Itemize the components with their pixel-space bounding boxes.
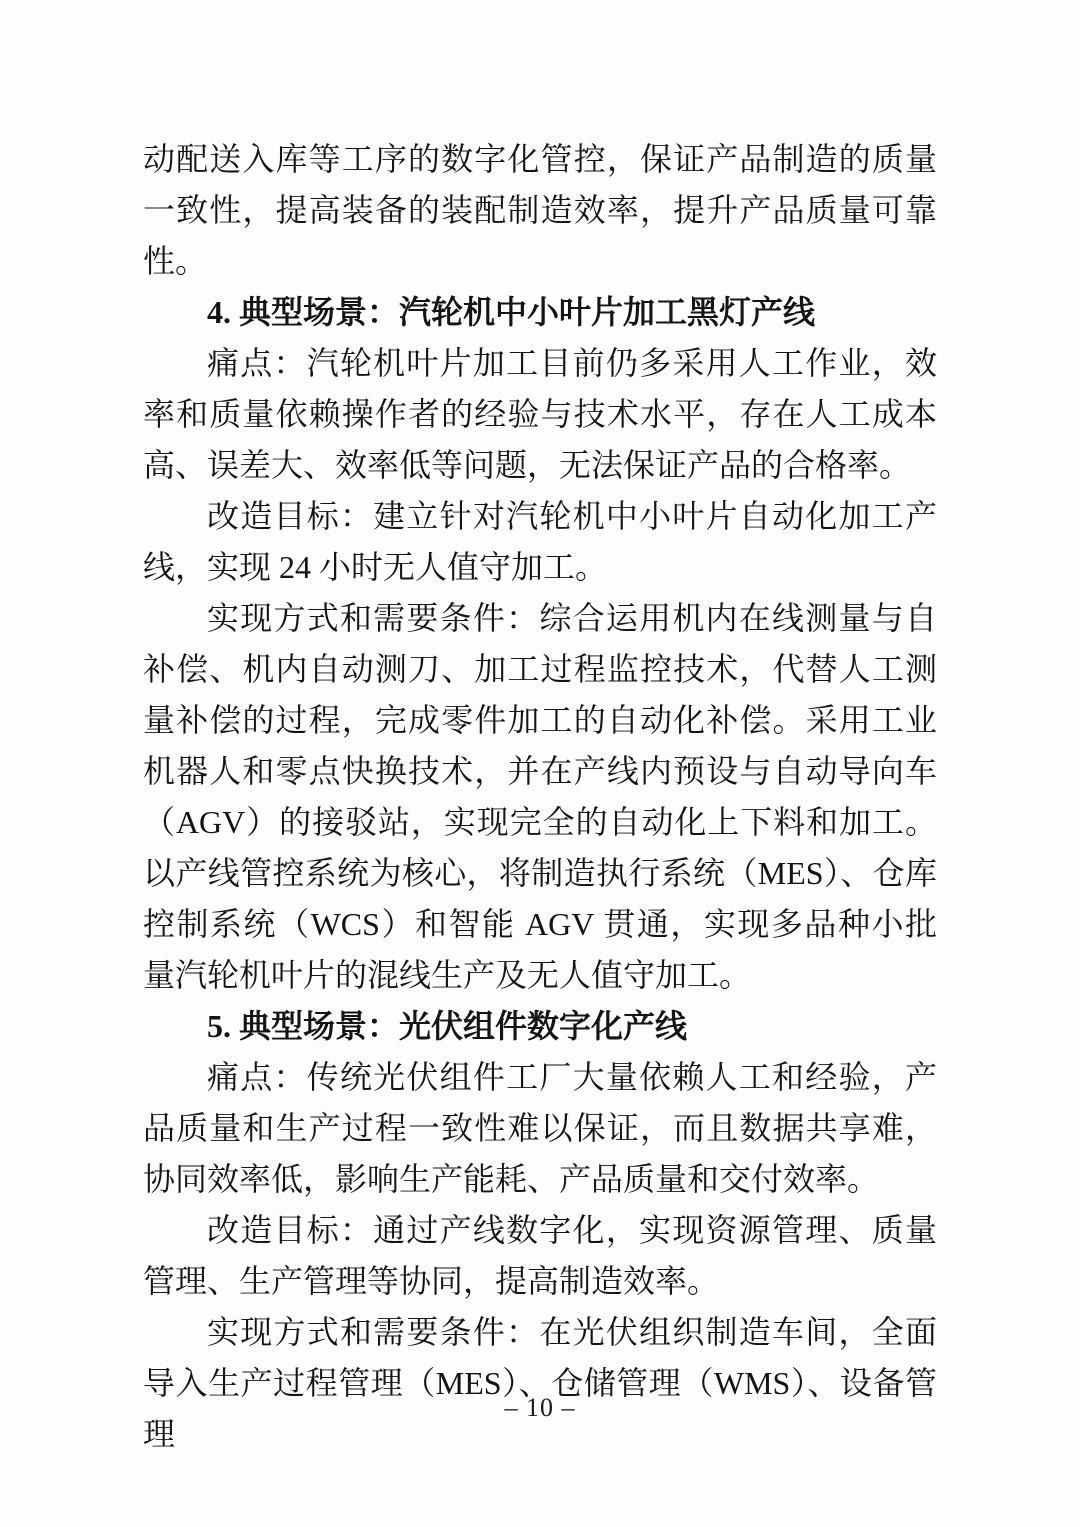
paragraph: 实现方式和需要条件：综合运用机内在线测量与自补偿、机内自动测刀、加工过程监控技术… (143, 593, 937, 1001)
section-heading: 5. 典型场景：光伏组件数字化产线 (143, 1001, 937, 1052)
paragraph: 痛点：传统光伏组件工厂大量依赖人工和经验，产品质量和生产过程一致性难以保证，而且… (143, 1052, 937, 1205)
paragraph: 实现方式和需要条件：在光伏组织制造车间，全面导入生产过程管理（MES）、仓储管理… (143, 1307, 937, 1460)
paragraph: 痛点：汽轮机叶片加工目前仍多采用人工作业，效率和质量依赖操作者的经验与技术水平，… (143, 338, 937, 491)
paragraph: 改造目标：通过产线数字化，实现资源管理、质量管理、生产管理等协同，提高制造效率。 (143, 1205, 937, 1307)
paragraph: 动配送入库等工序的数字化管控，保证产品制造的质量一致性，提高装备的装配制造效率，… (143, 134, 937, 287)
document-body: 动配送入库等工序的数字化管控，保证产品制造的质量一致性，提高装备的装配制造效率，… (143, 134, 937, 1460)
section-heading: 4. 典型场景：汽轮机中小叶片加工黑灯产线 (143, 287, 937, 338)
document-page: 动配送入库等工序的数字化管控，保证产品制造的质量一致性，提高装备的装配制造效率，… (0, 0, 1080, 1527)
page-number: – 10 – (0, 1392, 1080, 1424)
paragraph: 改造目标：建立针对汽轮机中小叶片自动化加工产线，实现 24 小时无人值守加工。 (143, 491, 937, 593)
